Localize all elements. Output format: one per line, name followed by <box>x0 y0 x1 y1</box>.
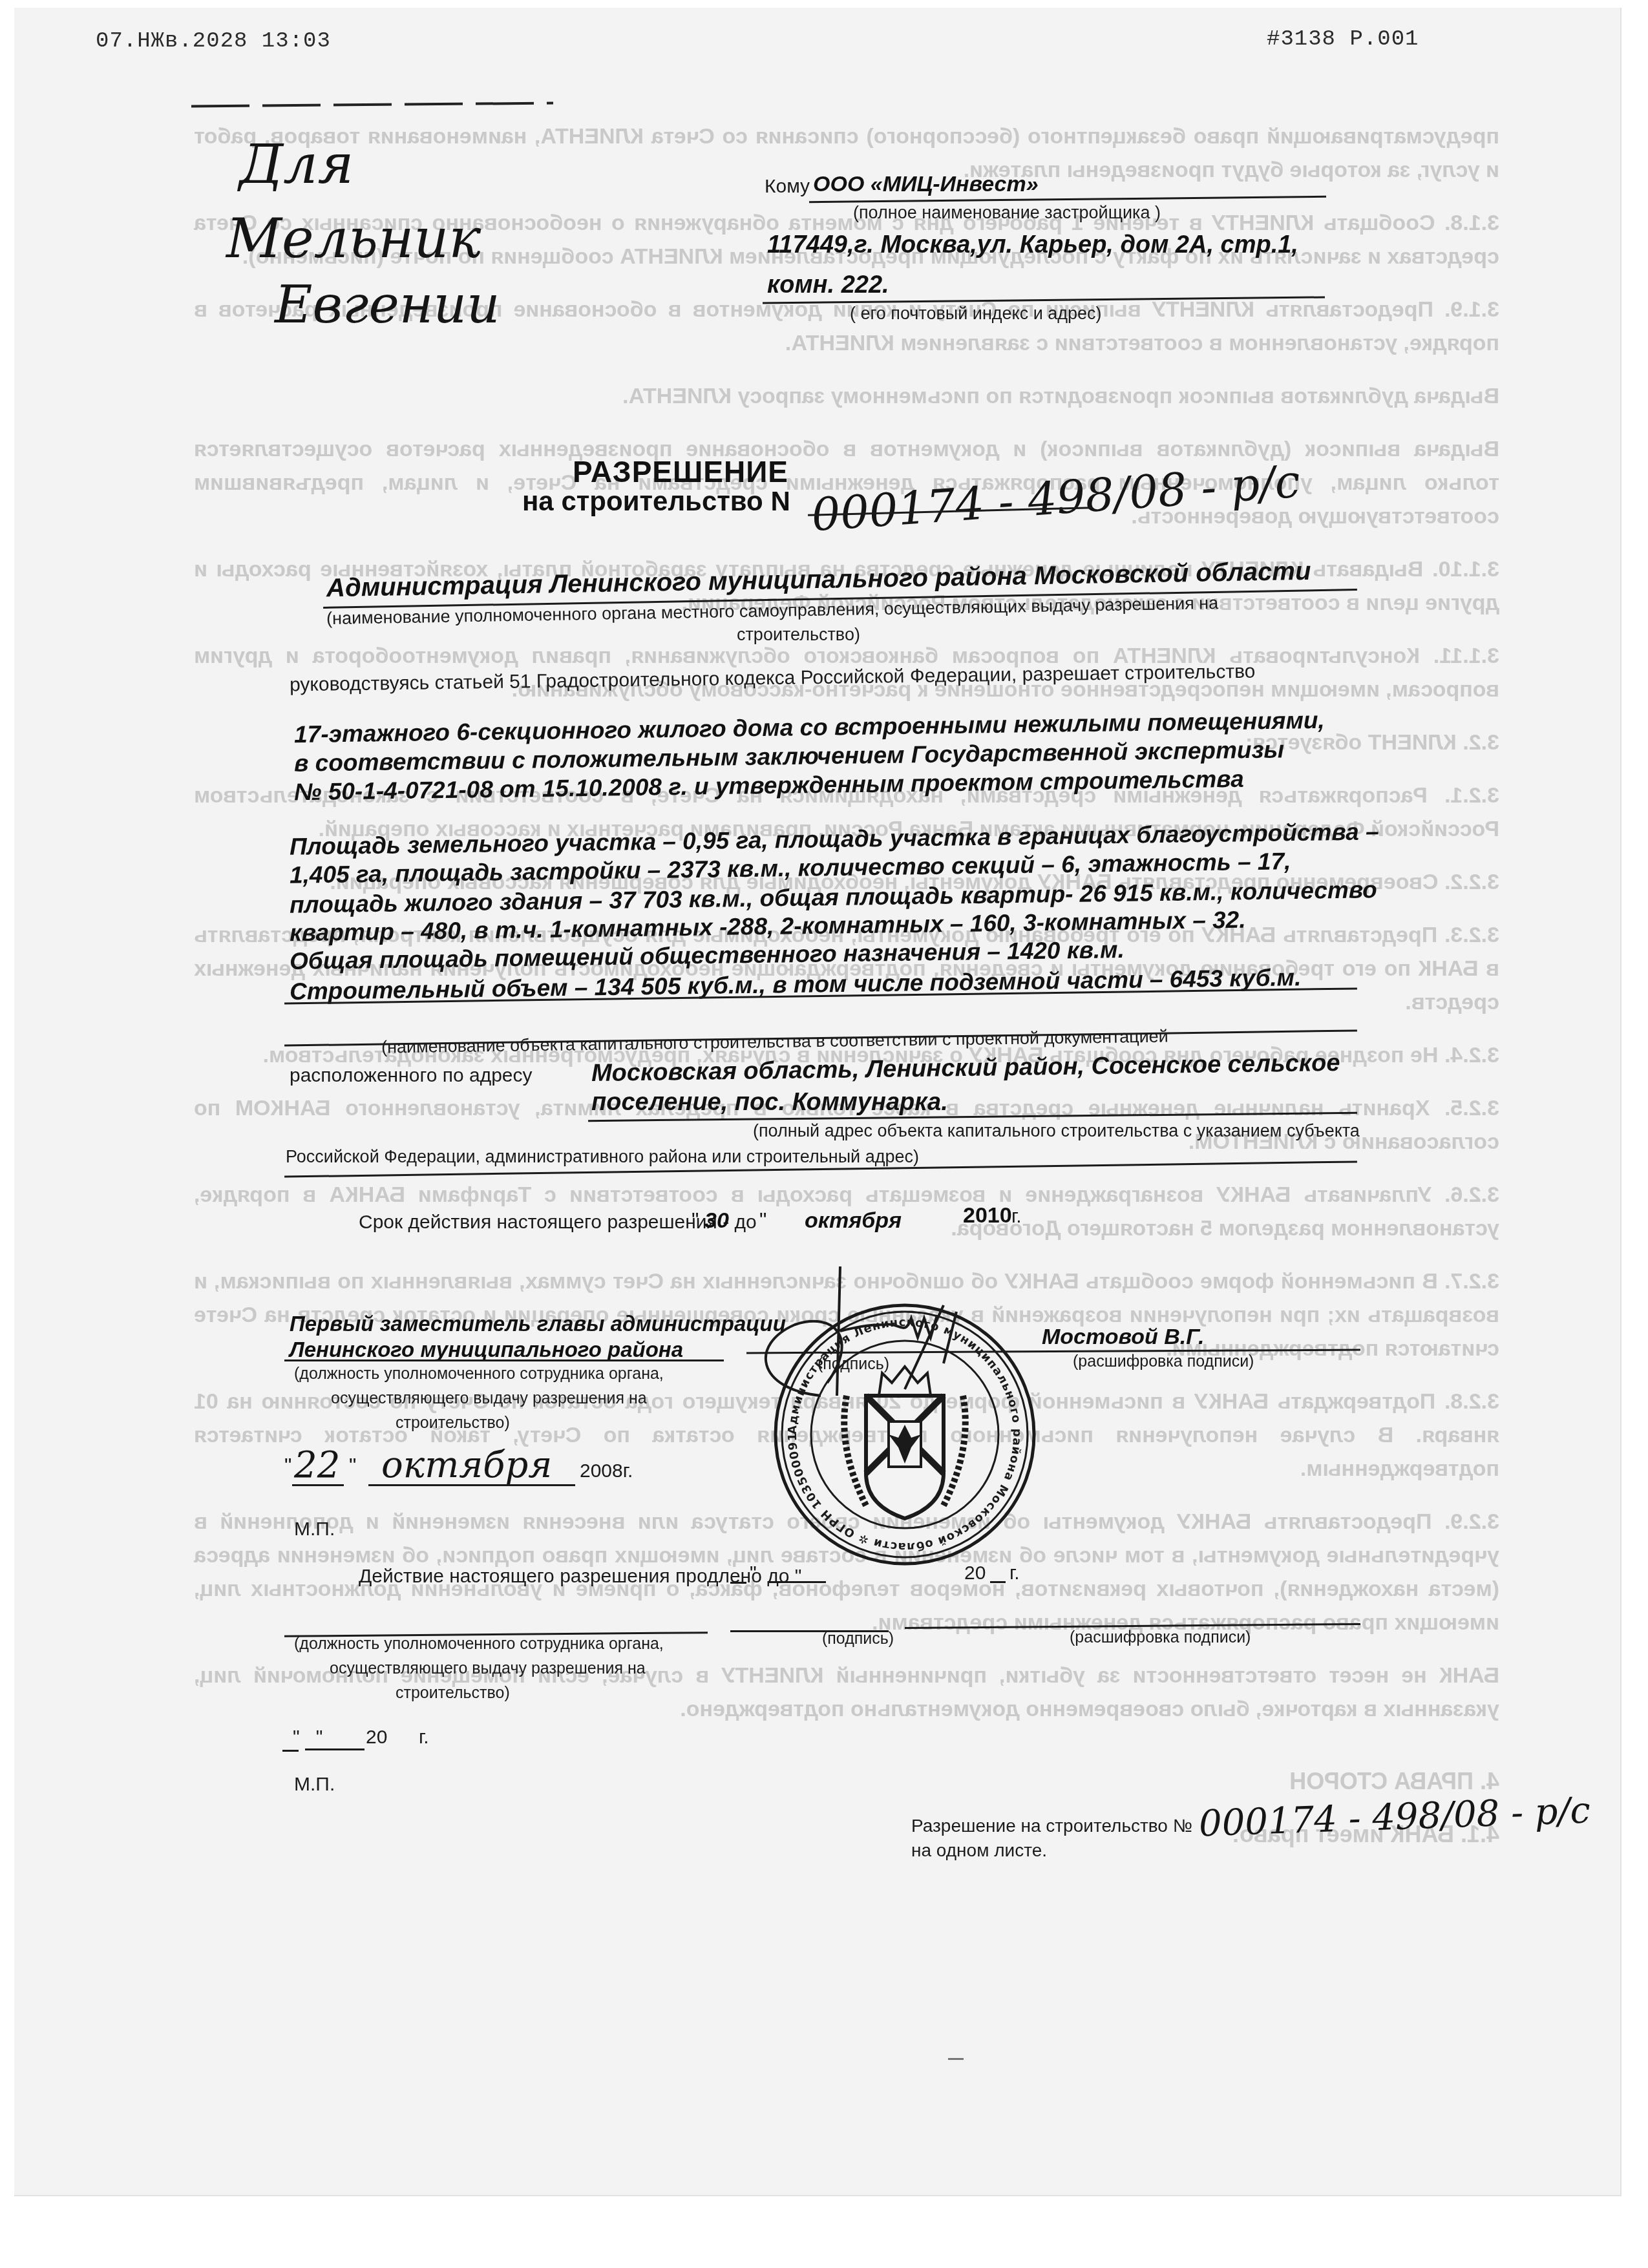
fax-datetime: 07.НЖв.2028 13:03 <box>96 29 331 54</box>
extension-label: Действие настоящего разрешения продлено … <box>359 1566 801 1588</box>
validity-close-quote: " <box>759 1208 766 1232</box>
extension-close-quote: " <box>750 1562 757 1584</box>
authority-caption-line2: строительство) <box>737 625 860 645</box>
extension-date-day-blank[interactable] <box>282 1750 299 1752</box>
validity-month: октября <box>805 1208 902 1234</box>
extension-signature-caption: (подпись) <box>822 1630 894 1648</box>
handwritten-note-line2: Мельник <box>226 207 481 270</box>
sign-date-day-underline <box>292 1484 344 1486</box>
signatory-name: Мостовой В.Г. <box>1042 1325 1204 1350</box>
extension-date-year-prefix: 20 <box>366 1727 387 1748</box>
bleed-heading: 4. ПРАВА СТОРОН <box>194 1765 1499 1798</box>
sign-date-open-quote: " <box>284 1454 291 1478</box>
signatory-position-caption-line3: строительство) <box>396 1414 510 1433</box>
signatory-position-underline <box>284 1360 724 1361</box>
recipient-label: Кому <box>765 176 810 198</box>
validity-open-quote: " <box>692 1208 699 1232</box>
extension-seal-label: М.П. <box>294 1774 335 1796</box>
signatory-position-line1: Первый заместитель главы администрации <box>290 1312 786 1336</box>
recipient-name-caption: (полное наименование застройщика ) <box>853 203 1161 223</box>
validity-year: 2010 <box>963 1203 1012 1228</box>
extension-year-blank[interactable] <box>990 1581 1006 1583</box>
extension-position-caption-line1: (должность уполномоченного сотрудника ор… <box>294 1635 664 1654</box>
recipient-address-line1: 117449,г. Москва,ул. Карьер, дом 2А, стр… <box>767 231 1298 259</box>
sign-date-year: 2008г. <box>580 1460 633 1482</box>
location-address-line2: поселение, пос. Коммунарка. <box>591 1089 948 1117</box>
sign-date-month-underline <box>368 1484 575 1486</box>
seal-label: М.П. <box>294 1518 335 1540</box>
fax-page-id: #3138 P.001 <box>1267 27 1419 52</box>
permit-title: РАЗРЕШЕНИЕ <box>573 454 788 489</box>
signatory-position-caption-line2: осуществляющего выдачу разрешения на <box>331 1389 647 1408</box>
extension-year-prefix: 20 <box>964 1562 986 1584</box>
extension-position-caption-line3: строительство) <box>396 1684 510 1703</box>
location-caption-line1: (полный адрес объекта капитального строи… <box>753 1121 1360 1141</box>
extension-position-caption-line2: осуществляющего выдачу разрешения на <box>330 1659 646 1678</box>
footer-permit-label: Разрешение на строительство № <box>911 1816 1192 1836</box>
bleed-paragraph: Выдача дубликатов выписок производится п… <box>194 379 1499 413</box>
extension-month-blank[interactable] <box>769 1581 826 1583</box>
recipient-address-line2: комн. 222. <box>767 271 889 299</box>
extension-day-blank[interactable] <box>730 1582 746 1584</box>
signature-scribble-icon <box>743 1266 1015 1415</box>
extension-date-quotes: " " <box>293 1727 322 1748</box>
signatory-name-caption: (расшифровка подписи) <box>1073 1352 1254 1371</box>
handwritten-note-line3: Евгении <box>275 275 500 335</box>
extension-name-caption: (расшифровка подписи) <box>1070 1628 1251 1647</box>
extension-year-suffix: г. <box>1009 1562 1020 1584</box>
footer-sheet-count: на одном листе. <box>911 1840 1047 1861</box>
location-label: расположенного по адресу <box>290 1065 533 1087</box>
extension-date-month-blank[interactable] <box>305 1748 364 1750</box>
scan-mark <box>948 2058 964 2060</box>
validity-year-suffix: г. <box>1011 1206 1022 1228</box>
signatory-position-line2: Ленинского муниципального района <box>290 1338 683 1362</box>
validity-day: 30 <box>704 1208 729 1234</box>
sign-date-month: октября <box>381 1444 552 1486</box>
permit-subtitle: на строительство N <box>522 486 790 517</box>
location-caption-line2: Российской Федерации, административного … <box>286 1147 919 1167</box>
signatory-position-caption-line1: (должность уполномоченного сотрудника ор… <box>294 1365 664 1383</box>
recipient-address-caption: ( его почтовый индекс и адрес) <box>850 304 1102 324</box>
extension-date-year-suffix: г. <box>419 1727 429 1748</box>
sign-date-close-quote: " <box>349 1454 356 1478</box>
sign-date-day: 22 <box>294 1444 340 1486</box>
recipient-name: ООО «МИЦ-Инвест» <box>813 172 1039 197</box>
handwritten-note-line1: Для <box>239 132 354 196</box>
